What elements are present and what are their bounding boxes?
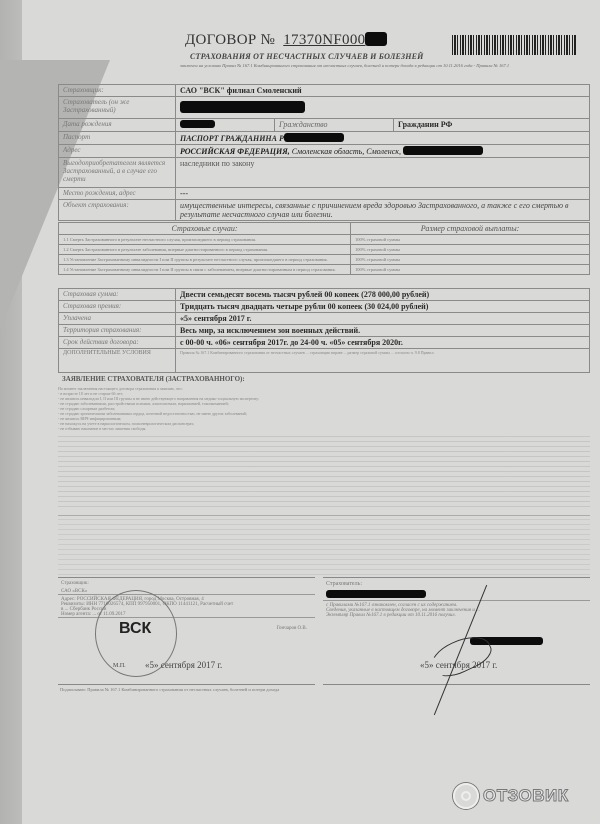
passport-label: Паспорт — [59, 132, 176, 145]
mp-label: М.П. — [113, 663, 126, 669]
redaction — [180, 120, 215, 128]
citizenship-value: Гражданин РФ — [394, 119, 590, 132]
passport-value: ПАСПОРТ ГРАЖДАНИНА Р — [176, 132, 590, 145]
cases-header: Страховые случаи: — [59, 223, 351, 235]
barcode-icon — [452, 35, 577, 55]
sum-label: Страховая сумма: — [59, 289, 176, 301]
table-row: 1.1 Смерть Застрахованного в результате … — [59, 235, 590, 245]
insured-details-table: Страховщик: САО "ВСК" филиал Смоленский … — [58, 84, 590, 221]
insurer-date: «5» сентября 2017 г. — [145, 660, 222, 670]
redaction — [326, 590, 426, 598]
watermark-text: ОТЗОВИК — [483, 786, 569, 806]
paid-value: «5» сентября 2017 г. — [176, 313, 590, 325]
period-value: с 00-00 ч. «06» сентября 2017г. до 24-00… — [176, 337, 590, 349]
contract-title: ДОГОВОР № 17370NF000 — [185, 32, 387, 49]
address-value: РОССИЙСКАЯ ФЕДЕРАЦИЯ, Смоленская область… — [176, 145, 590, 158]
redaction — [180, 101, 305, 113]
premium-value: Тридцать тысяч двадцать четыре рубли 00 … — [176, 301, 590, 313]
stamp-logo: ВСК — [119, 620, 151, 638]
extra-value: Правила № 167.1 Комбинированного страхов… — [176, 349, 590, 373]
terms-table: Страховая сумма:Двести семьдесят восемь … — [58, 288, 590, 373]
address-label: Адрес — [59, 145, 176, 158]
birthplace-value: --- — [176, 188, 590, 200]
declaration-list: На момент заключения настоящего договора… — [58, 386, 590, 431]
redaction — [365, 32, 387, 46]
insurer-value: САО "ВСК" филиал Смоленский — [176, 85, 590, 97]
redaction — [403, 146, 483, 155]
watermark-logo: ОТЗОВИК — [453, 783, 569, 809]
period-label: Срок действия договора: — [59, 337, 176, 349]
beneficiary-value: наследники по закону — [176, 158, 590, 188]
birthdate-value — [176, 119, 275, 132]
paid-label: Уплачена — [59, 313, 176, 325]
insured-label: Страхователь (он же Застрахованный) — [59, 97, 176, 119]
sum-value: Двести семьдесят восемь тысяч рублей 00 … — [176, 289, 590, 301]
beneficiary-label: Выгодоприобретателем является Застрахова… — [59, 158, 176, 188]
object-label: Объект страхования: — [59, 200, 176, 221]
citizenship-label: Гражданство — [275, 119, 394, 132]
table-row: 1.3 Установление Застрахованному инвалид… — [59, 255, 590, 265]
consent-fine-print — [58, 515, 590, 576]
redaction — [284, 133, 344, 142]
declaration-title: ЗАЯВЛЕНИЕ СТРАХОВАТЕЛЯ (ЗАСТРАХОВАННОГО)… — [62, 375, 245, 383]
birthdate-label: Дата рождения — [59, 119, 176, 132]
insured-events-table: Страховые случаи: Размер страховой выпла… — [58, 222, 590, 275]
contract-number: 17370NF000 — [283, 32, 365, 48]
object-value: имущественные интересы, связанные с прич… — [176, 200, 590, 221]
premium-label: Страховая премия: — [59, 301, 176, 313]
territory-value: Весь мир, за исключением зон военных дей… — [176, 325, 590, 337]
footer-note: Подписываю: Правила № 167.1 Комбинирован… — [60, 687, 279, 692]
insurer-label: Страховщик: — [59, 85, 176, 97]
payout-header: Размер страховой выплаты: — [351, 223, 590, 235]
territory-label: Территория страхования: — [59, 325, 176, 337]
preamble-note: заключен на условиях Правил № 167.1 Комб… — [180, 63, 509, 68]
table-row: 1.2 Смерть Застрахованного в результате … — [59, 245, 590, 255]
list-item: - не отбываю наказание в местах лишения … — [58, 426, 590, 431]
power-circle-icon — [453, 783, 479, 809]
insured-value — [176, 97, 590, 119]
declaration-fine-print — [58, 433, 590, 511]
birthplace-label: Место рождения, адрес — [59, 188, 176, 200]
extra-label: ДОПОЛНИТЕЛЬНЫЕ УСЛОВИЯ — [59, 349, 176, 373]
table-row: 1.4 Установление Застрахованному инвалид… — [59, 265, 590, 275]
contract-subtitle: СТРАХОВАНИЯ ОТ НЕСЧАСТНЫХ СЛУЧАЕВ И БОЛЕ… — [190, 52, 424, 61]
